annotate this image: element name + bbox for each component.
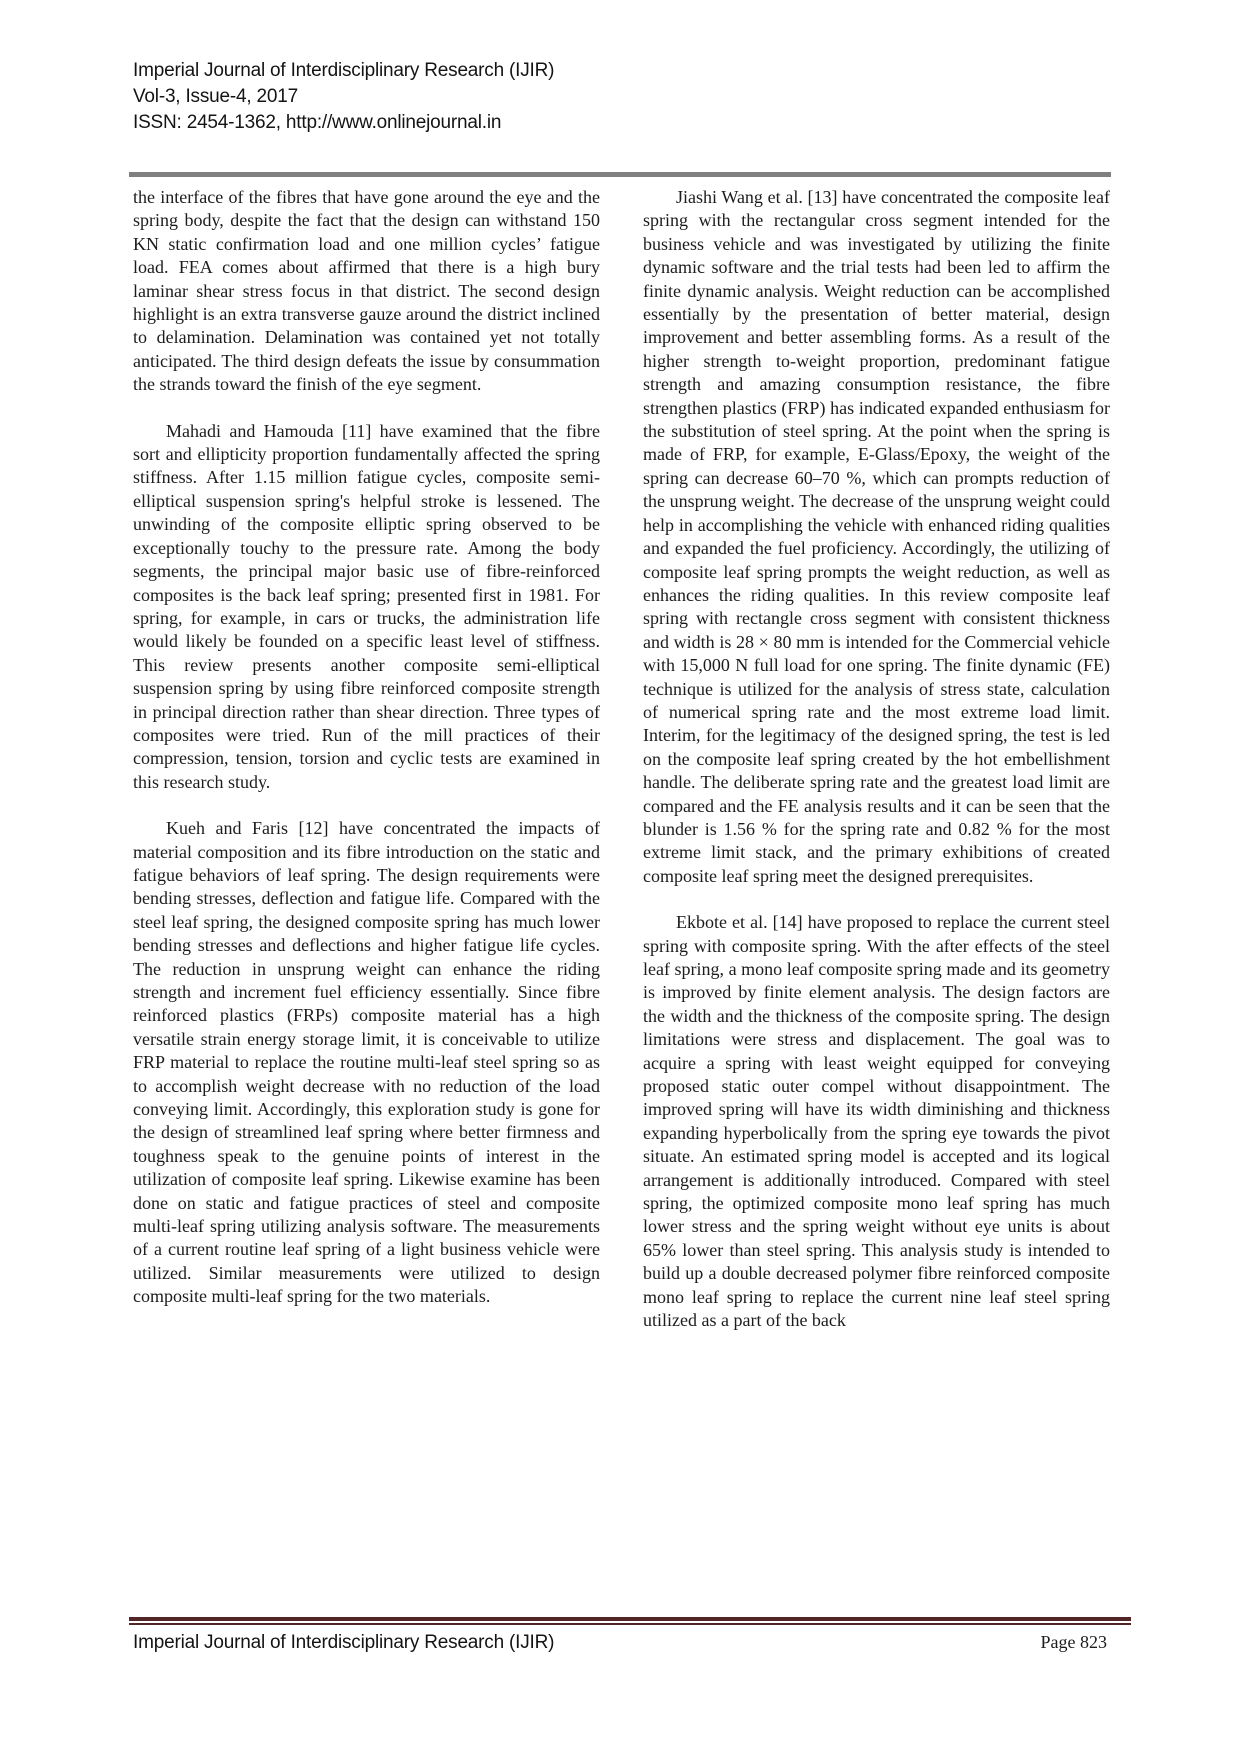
journal-issn: ISSN: 2454-1362, http://www.onlinejourna… xyxy=(133,110,554,136)
column-right: Jiashi Wang et al. [13] have concentrate… xyxy=(643,186,1110,1333)
header-rule xyxy=(129,172,1111,177)
page-footer: Imperial Journal of Interdisciplinary Re… xyxy=(133,1632,1107,1654)
paragraph: Kueh and Faris [12] have concentrated th… xyxy=(133,817,600,1309)
journal-header: Imperial Journal of Interdisciplinary Re… xyxy=(133,58,554,136)
paragraph: Ekbote et al. [14] have proposed to repl… xyxy=(643,911,1110,1332)
journal-volume: Vol-3, Issue-4, 2017 xyxy=(133,84,554,110)
article-body: the interface of the fibres that have go… xyxy=(133,186,1110,1333)
column-left: the interface of the fibres that have go… xyxy=(133,186,600,1333)
journal-title: Imperial Journal of Interdisciplinary Re… xyxy=(133,58,554,84)
document-page: Imperial Journal of Interdisciplinary Re… xyxy=(0,0,1241,1754)
page-number: Page 823 xyxy=(1041,1632,1108,1653)
footer-rule xyxy=(129,1617,1131,1625)
footer-journal-title: Imperial Journal of Interdisciplinary Re… xyxy=(133,1632,554,1654)
paragraph: Jiashi Wang et al. [13] have concentrate… xyxy=(643,186,1110,888)
paragraph: Mahadi and Hamouda [11] have examined th… xyxy=(133,420,600,795)
paragraph: the interface of the fibres that have go… xyxy=(133,186,600,397)
footer-rule-thin-line xyxy=(129,1623,1131,1625)
